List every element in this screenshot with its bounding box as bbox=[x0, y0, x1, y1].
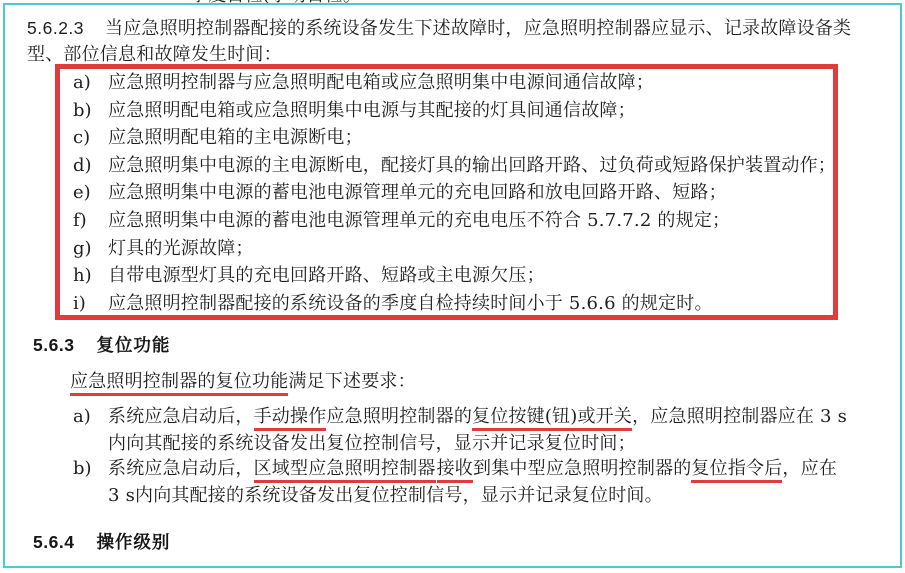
reset-item-a-line2: 内向其配接的系统设备发出复位控制信号，显示并记录复位时间； bbox=[108, 432, 636, 456]
item-label: i) bbox=[73, 292, 108, 316]
underlined-phrase: 接收 bbox=[437, 458, 473, 483]
heading-563: 5.6.3复位功能 bbox=[33, 334, 170, 356]
heading-563-number: 5.6.3 bbox=[33, 334, 74, 356]
fault-item-d: d)应急照明集中电源的主电源断电，配接灯具的输出回路开路、过负荷或短路保护装置动… bbox=[73, 154, 836, 178]
heading-563-title: 复位功能 bbox=[96, 335, 170, 355]
clause-563-intro: 应急照明控制器的复位功能满足下述要求： bbox=[70, 370, 416, 394]
item-label: e) bbox=[73, 181, 108, 205]
heading-564-number: 5.6.4 bbox=[33, 531, 74, 553]
reset-item-a-line1: a)系统应急启动后，手动操作应急照明控制器的复位按键(钮)或开关，应急照明控制器… bbox=[73, 405, 847, 429]
intro-rest: 满足下述要求： bbox=[288, 371, 415, 392]
underlined-phrase: 应急照明控制器的复位功能 bbox=[70, 371, 288, 396]
item-text: 应急照明配电箱的主电源断电； bbox=[108, 127, 363, 148]
reset-item-b-line1: b)系统应急启动后，区域型应急照明控制器接收到集中型应急照明控制器的复位指令后，… bbox=[73, 457, 837, 481]
fault-item-g: g)灯具的光源故障； bbox=[73, 237, 254, 261]
fault-item-f: f)应急照明集中电源的蓄电池电源管理单元的充电电压不符合 5.7.7.2 的规定… bbox=[73, 209, 730, 233]
item-text: 灯具的光源故障； bbox=[108, 238, 254, 259]
document-page: 季度自检(手动自检。 5.6.2.3当应急照明控制器配接的系统设备发生下述故障时… bbox=[0, 0, 905, 573]
clause-5623-line1: 5.6.2.3当应急照明控制器配接的系统设备发生下述故障时，应急照明控制器应显示… bbox=[27, 16, 851, 41]
item-text: 应急照明集中电源的蓄电池电源管理单元的充电回路和放电回路开路、短路； bbox=[108, 182, 727, 203]
fault-item-h: h)自带电源型灯具的充电回路开路、短路或主电源欠压； bbox=[73, 264, 545, 288]
text-segment: 应急照明控制器的 bbox=[326, 406, 472, 427]
text-segment: ，应在 bbox=[782, 458, 837, 479]
item-text: 自带电源型灯具的充电回路开路、短路或主电源欠压； bbox=[108, 265, 545, 286]
text-segment: 系统应急启动后， bbox=[108, 458, 254, 479]
item-label: a) bbox=[73, 405, 108, 429]
item-label: a) bbox=[73, 71, 108, 95]
item-text: 应急照明控制器与应急照明配电箱或应急照明集中电源间通信故障； bbox=[108, 72, 654, 93]
clause-5623-number: 5.6.2.3 bbox=[27, 16, 84, 40]
fault-item-i: i)应急照明控制器配接的系统设备的季度自检持续时间小于 5.6.6 的规定时。 bbox=[73, 292, 713, 316]
heading-564: 5.6.4操作级别 bbox=[33, 531, 170, 553]
clause-5623-intro-text: 当应急照明控制器配接的系统设备发生下述故障时，应急照明控制器应显示、记录故障设备… bbox=[105, 18, 851, 39]
underlined-phrase: 复位按键(钮)或开关 bbox=[472, 406, 632, 431]
underlined-phrase: 复位指令后 bbox=[691, 458, 782, 483]
item-label: c) bbox=[73, 126, 108, 150]
fault-item-c: c)应急照明配电箱的主电源断电； bbox=[73, 126, 363, 150]
item-text: 应急照明控制器配接的系统设备的季度自检持续时间小于 5.6.6 的规定时。 bbox=[108, 293, 713, 314]
text-segment: ，应急照明控制器应在 3 s bbox=[632, 406, 847, 427]
item-label: f) bbox=[73, 209, 108, 233]
item-label: h) bbox=[73, 264, 108, 288]
item-label: b) bbox=[73, 457, 108, 481]
item-text: 应急照明集中电源的蓄电池电源管理单元的充电电压不符合 5.7.7.2 的规定； bbox=[108, 210, 730, 231]
item-label: b) bbox=[73, 99, 108, 123]
fault-item-b: b)应急照明配电箱或应急照明集中电源与其配接的灯具间通信故障； bbox=[73, 99, 636, 123]
fault-item-e: e)应急照明集中电源的蓄电池电源管理单元的充电回路和放电回路开路、短路； bbox=[73, 181, 727, 205]
reset-item-b-line2: 3 s内向其配接的系统设备发出复位控制信号，显示并记录复位时间。 bbox=[108, 484, 663, 508]
item-label: g) bbox=[73, 237, 108, 261]
fault-item-a: a)应急照明控制器与应急照明配电箱或应急照明集中电源间通信故障； bbox=[73, 71, 654, 95]
underlined-phrase: 手动操作 bbox=[254, 406, 327, 431]
text-segment: 系统应急启动后， bbox=[108, 406, 254, 427]
item-text: 应急照明配电箱或应急照明集中电源与其配接的灯具间通信故障； bbox=[108, 100, 636, 121]
item-text: 应急照明集中电源的主电源断电，配接灯具的输出回路开路、过负荷或短路保护装置动作； bbox=[108, 155, 836, 176]
text-segment: 到集中型应急照明控制器的 bbox=[473, 458, 691, 479]
clipped-previous-line: 季度自检(手动自检。 bbox=[190, 0, 361, 8]
heading-564-title: 操作级别 bbox=[96, 532, 170, 552]
item-label: d) bbox=[73, 154, 108, 178]
underlined-phrase: 区域型应急照明控制器 bbox=[254, 458, 436, 483]
